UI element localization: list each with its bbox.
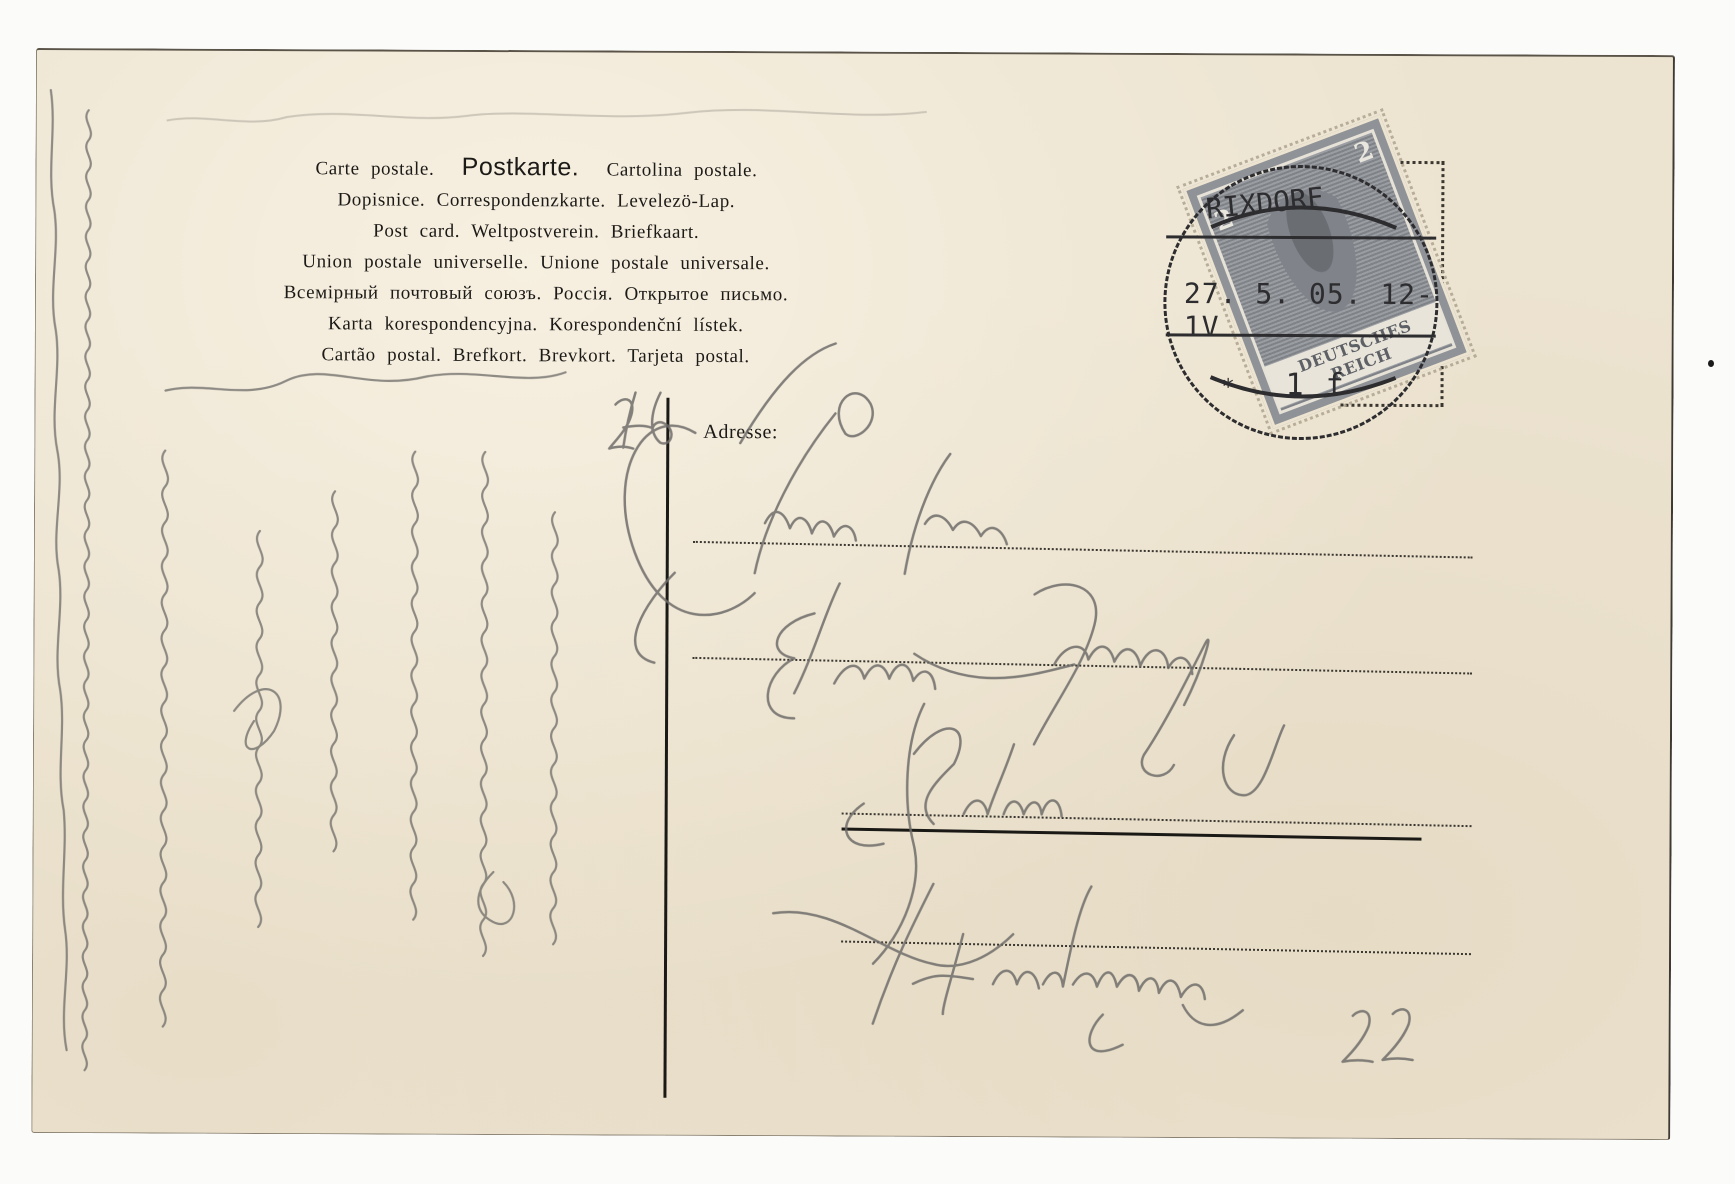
pencil-handwriting [32, 50, 1673, 1139]
postcard: Carte postale. Postkarte. Cartolina post… [31, 48, 1675, 1140]
scan-speck [1708, 360, 1714, 367]
